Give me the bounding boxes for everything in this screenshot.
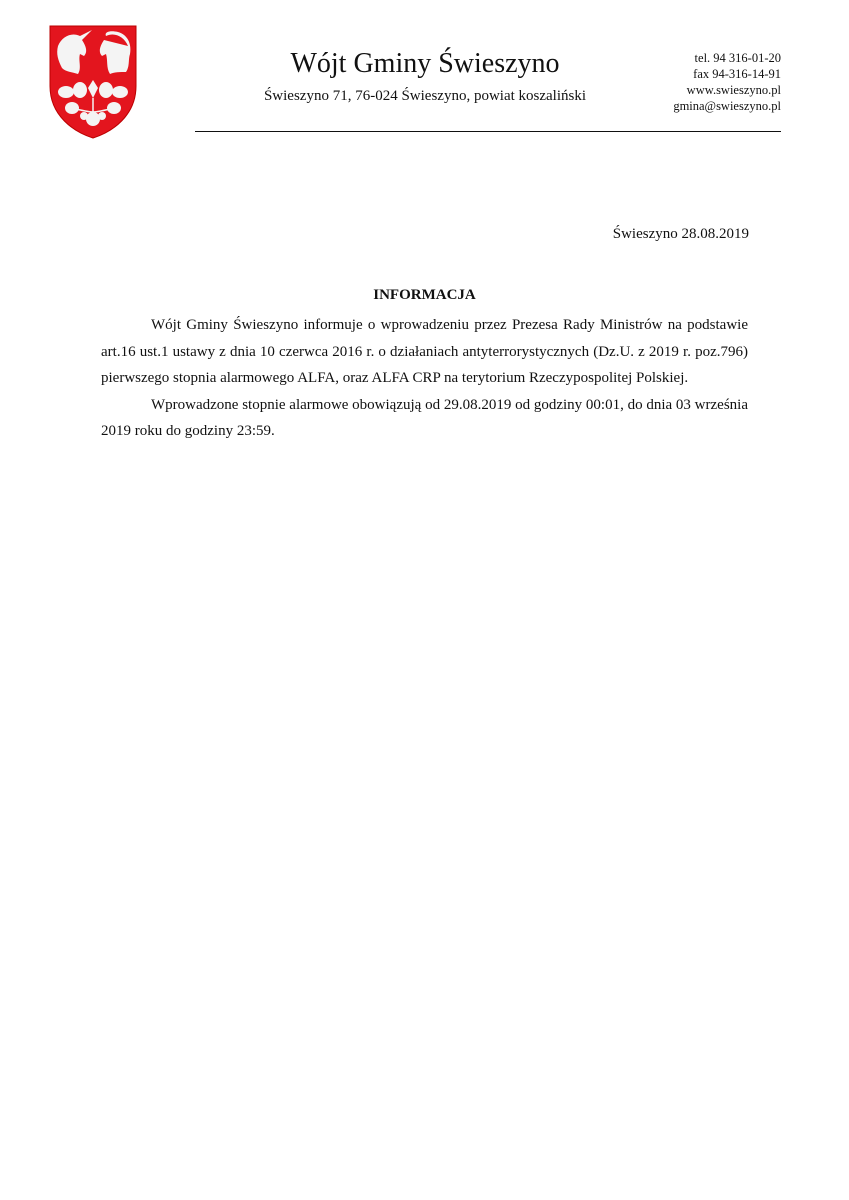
place-date: Świeszyno 28.08.2019: [613, 224, 749, 244]
header-divider: [195, 131, 781, 132]
document-heading: INFORMACJA: [0, 285, 849, 305]
website-link[interactable]: www.swieszyno.pl: [673, 82, 781, 98]
coat-of-arms-icon: [48, 24, 138, 140]
issuer-address: Świeszyno 71, 76-024 Świeszyno, powiat k…: [200, 86, 650, 106]
fax-number: fax 94-316-14-91: [673, 66, 781, 82]
contact-block: tel. 94 316-01-20 fax 94-316-14-91 www.s…: [673, 50, 781, 114]
email-link[interactable]: gmina@swieszyno.pl: [673, 98, 781, 114]
document-body: Wójt Gminy Świeszyno informuje o wprowad…: [101, 312, 748, 445]
paragraph: Wójt Gminy Świeszyno informuje o wprowad…: [101, 312, 748, 392]
phone-number: tel. 94 316-01-20: [673, 50, 781, 66]
paragraph: Wprowadzone stopnie alarmowe obowiązują …: [101, 392, 748, 445]
issuer-title: Wójt Gminy Świeszyno: [200, 46, 650, 82]
